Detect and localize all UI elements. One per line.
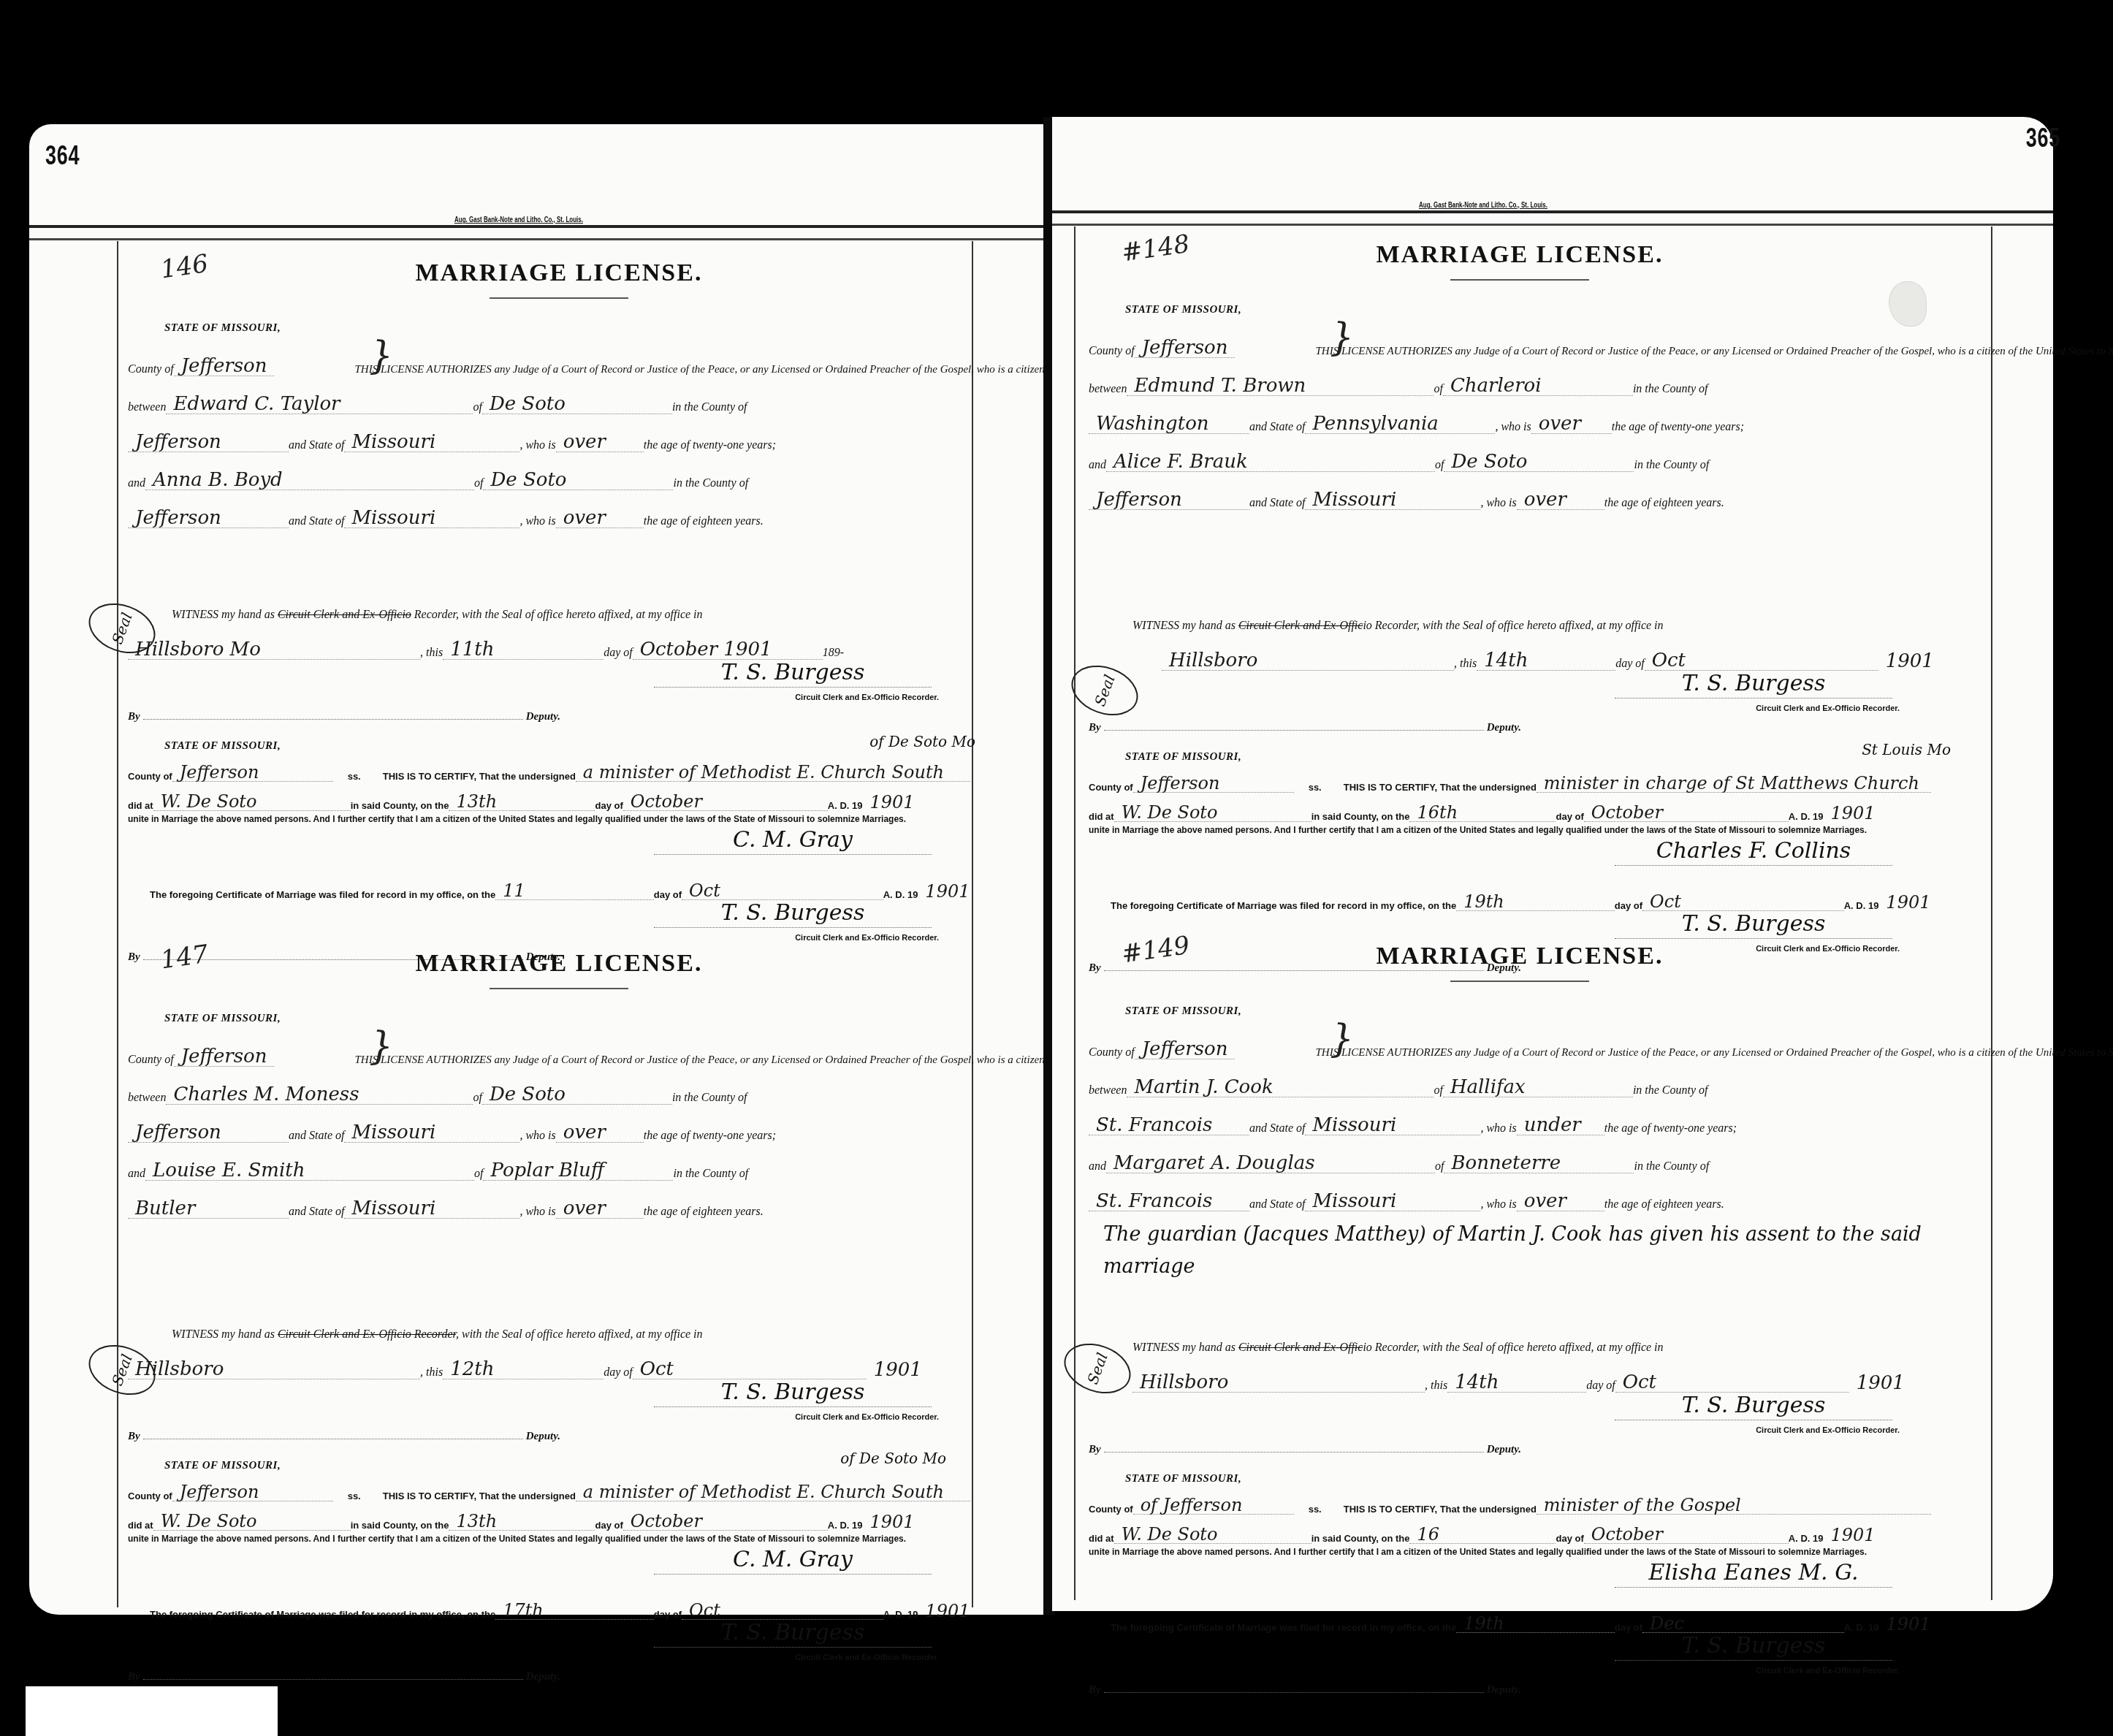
witness-month: Oct bbox=[633, 1360, 867, 1379]
groom-residence: Hallifax bbox=[1443, 1078, 1633, 1097]
county-of-label: in the County of bbox=[673, 1168, 748, 1181]
signature-caption: Circuit Clerk and Ex-Officio Recorder. bbox=[795, 693, 939, 702]
this-label: , this bbox=[1454, 658, 1477, 671]
state-label: STATE OF MISSOURI, bbox=[164, 1013, 281, 1025]
filing-year: 1901 bbox=[1878, 1615, 1951, 1633]
bride-name: Margaret A. Douglas bbox=[1106, 1154, 1435, 1173]
bride-state: Missouri bbox=[1305, 1192, 1480, 1211]
this-label: , this bbox=[1425, 1379, 1447, 1393]
marriage-license-146: 146 MARRIAGE LICENSE. STATE OF MISSOURI,… bbox=[128, 252, 990, 981]
license-title: MARRIAGE LICENSE. bbox=[1089, 935, 1951, 970]
bride-state: Missouri bbox=[1305, 490, 1480, 510]
between-label: between bbox=[128, 1092, 166, 1105]
ceremony-place: W. De Soto bbox=[153, 1512, 351, 1531]
groom-name: Charles M. Moness bbox=[166, 1085, 473, 1105]
groom-age-status: under bbox=[1517, 1116, 1604, 1135]
title-rule bbox=[1450, 981, 1589, 982]
ceremony-month: October bbox=[1584, 1526, 1789, 1544]
county-of-label: in the County of bbox=[673, 477, 748, 490]
state-label: STATE OF MISSOURI, bbox=[1125, 304, 1241, 316]
age-text: the age of twenty-one years; bbox=[644, 1130, 776, 1143]
witness-day: 12th bbox=[443, 1360, 604, 1379]
of-label: of bbox=[474, 1168, 483, 1181]
state-label: STATE OF MISSOURI, bbox=[164, 740, 990, 753]
ad-label: A. D. 19 bbox=[828, 1520, 863, 1531]
county-value: Jefferson bbox=[1135, 338, 1236, 358]
groom-age-status: over bbox=[556, 1123, 644, 1143]
bride-state: Missouri bbox=[344, 509, 519, 528]
left-page: 364 Aug. Gast Bank-Note and Litho. Co., … bbox=[29, 124, 1045, 1615]
state-of-label: and State of bbox=[289, 1206, 344, 1219]
clerk-signature: T. S. Burgess bbox=[1615, 671, 1892, 698]
age-text: the age of eighteen years. bbox=[1604, 1198, 1724, 1211]
did-at-label: did at bbox=[1089, 1533, 1114, 1544]
state-label: STATE OF MISSOURI, bbox=[1125, 751, 1951, 764]
filing-month: Dec bbox=[1642, 1615, 1844, 1633]
ceremony-day: 16 bbox=[1409, 1526, 1556, 1544]
witness-year: 1901 bbox=[1849, 1374, 1912, 1393]
witness-place: Hillsboro bbox=[128, 1360, 420, 1379]
groom-residence: Charleroi bbox=[1443, 376, 1633, 396]
age-text: the age of twenty-one years; bbox=[1604, 1122, 1737, 1135]
county-label: County of bbox=[1089, 345, 1135, 358]
certify-text: THIS IS TO CERTIFY, That the undersigned bbox=[383, 1491, 576, 1501]
age-text: the age of eighteen years. bbox=[644, 1206, 764, 1219]
day-of-label: day of bbox=[654, 1609, 682, 1620]
ad-label: A. D. 19 bbox=[883, 1609, 918, 1620]
witness-text: WITNESS my hand as Circuit Clerk and Ex-… bbox=[1132, 1341, 1951, 1355]
certify-text: THIS IS TO CERTIFY, That the undersigned bbox=[1344, 1504, 1537, 1515]
marriage-certificate: STATE OF MISSOURI, County of of Jefferso… bbox=[1089, 1473, 1951, 1713]
county-of-label: in the County of bbox=[1633, 383, 1708, 396]
state-label: STATE OF MISSOURI, bbox=[1125, 1005, 1241, 1018]
county-value: Jefferson bbox=[172, 764, 333, 782]
marriage-license-147: 147 MARRIAGE LICENSE. STATE OF MISSOURI,… bbox=[128, 943, 990, 1700]
ad-label: A. D. 19 bbox=[1789, 811, 1824, 822]
filing-year: 1901 bbox=[918, 883, 990, 900]
county-label: County of bbox=[1089, 1046, 1135, 1059]
and-label: and bbox=[128, 477, 145, 490]
filing-day: 19th bbox=[1456, 1615, 1615, 1633]
ss-label: ss. bbox=[348, 1491, 361, 1501]
between-label: between bbox=[1089, 1084, 1127, 1097]
officiant-location: of De Soto Mo bbox=[869, 733, 975, 750]
groom-name: Edmund T. Brown bbox=[1127, 376, 1434, 396]
deputy-line: ByDeputy. bbox=[128, 711, 990, 740]
marriage-certificate: of De Soto Mo STATE OF MISSOURI, County … bbox=[128, 1460, 990, 1700]
printer-credit: Aug. Gast Bank-Note and Litho. Co., St. … bbox=[1419, 202, 1547, 210]
county-of-label: in the County of bbox=[672, 1092, 747, 1105]
ceremony-month: October bbox=[1584, 804, 1789, 822]
day-of-label: day of bbox=[1556, 1533, 1583, 1544]
state-of-label: and State of bbox=[1249, 1122, 1305, 1135]
filing-month: Oct bbox=[1642, 893, 1844, 911]
page-number: 365 bbox=[2026, 123, 2060, 153]
county-label: County of bbox=[128, 771, 172, 782]
who-is-label: , who is bbox=[1480, 1198, 1516, 1211]
filing-month: Oct bbox=[682, 882, 883, 900]
bride-residence: De Soto bbox=[1444, 452, 1634, 472]
state-of-label: and State of bbox=[1249, 497, 1305, 510]
witness-year: 1901 bbox=[867, 1360, 929, 1379]
signature-caption: Circuit Clerk and Ex-Officio Recorder. bbox=[1756, 704, 1900, 713]
and-label: and bbox=[128, 1168, 145, 1181]
county-label: County of bbox=[128, 1054, 174, 1067]
filing-text: The foregoing Certificate of Marriage wa… bbox=[1111, 1622, 1456, 1633]
day-of-label: day of bbox=[1615, 1622, 1642, 1633]
ss-label: ss. bbox=[1309, 782, 1322, 793]
age-text: the age of twenty-one years; bbox=[1612, 421, 1744, 434]
county-value: Jefferson bbox=[1133, 774, 1294, 793]
signature-caption: Circuit Clerk and Ex-Officio Recorder. bbox=[1756, 1667, 1900, 1675]
county-of-label: in the County of bbox=[1634, 459, 1709, 472]
who-is-label: , who is bbox=[519, 1130, 555, 1143]
clerk-signature: T. S. Burgess bbox=[654, 900, 932, 928]
officiant-signature: Charles F. Collins bbox=[1615, 838, 1892, 866]
groom-county: Washington bbox=[1089, 414, 1249, 434]
ceremony-place: W. De Soto bbox=[153, 793, 351, 811]
county-of-label: in the County of bbox=[1634, 1160, 1709, 1173]
groom-name: Martin J. Cook bbox=[1127, 1078, 1434, 1097]
license-title: MARRIAGE LICENSE. bbox=[1089, 234, 1951, 269]
ceremony-year: 1901 bbox=[1823, 804, 1896, 822]
marriage-license-149: #149 MARRIAGE LICENSE. STATE OF MISSOURI… bbox=[1089, 935, 1951, 1713]
filing-year: 1901 bbox=[1878, 894, 1951, 911]
day-of-label: day of bbox=[604, 647, 633, 660]
witness-month: Oct bbox=[1615, 1373, 1849, 1393]
ceremony-month: October bbox=[623, 793, 828, 811]
county-value: Jefferson bbox=[1135, 1040, 1236, 1059]
day-of-label: day of bbox=[1615, 900, 1642, 911]
of-label: of bbox=[1435, 1160, 1444, 1173]
county-of-label: in the County of bbox=[672, 401, 747, 414]
bride-residence: Poplar Bluff bbox=[483, 1161, 673, 1181]
unite-text: unite in Marriage the above named person… bbox=[128, 812, 990, 826]
witness-day: 14th bbox=[1447, 1373, 1586, 1393]
did-at-label: did at bbox=[128, 800, 153, 811]
bride-county: St. Francois bbox=[1089, 1192, 1249, 1211]
and-label: and bbox=[1089, 459, 1106, 472]
in-said-county-label: in said County, on the bbox=[1311, 1533, 1410, 1544]
and-label: and bbox=[1089, 1160, 1106, 1173]
groom-county: Jefferson bbox=[128, 433, 289, 452]
groom-state: Missouri bbox=[1305, 1116, 1480, 1135]
officiant-location: of De Soto Mo bbox=[840, 1450, 946, 1467]
day-of-label: day of bbox=[1586, 1379, 1615, 1393]
groom-state: Missouri bbox=[344, 1123, 519, 1143]
brace: } bbox=[369, 337, 393, 375]
ss-label: ss. bbox=[1309, 1504, 1322, 1515]
who-is-label: , who is bbox=[519, 439, 555, 452]
license-title: MARRIAGE LICENSE. bbox=[128, 252, 990, 287]
officiant-title: minister in charge of St Matthews Church bbox=[1537, 774, 1931, 793]
page-number: 364 bbox=[45, 140, 80, 171]
day-of-label: day of bbox=[1615, 658, 1645, 671]
unite-text: unite in Marriage the above named person… bbox=[128, 1532, 990, 1545]
bride-residence: De Soto bbox=[483, 471, 673, 490]
officiant-signature: C. M. Gray bbox=[654, 827, 932, 855]
day-of-label: day of bbox=[1556, 811, 1583, 822]
county-value: of Jefferson bbox=[1133, 1496, 1294, 1515]
filing-month: Oct bbox=[682, 1602, 883, 1620]
county-label: County of bbox=[128, 363, 174, 376]
ceremony-place: W. De Soto bbox=[1114, 804, 1311, 822]
witness-place: Hillsboro bbox=[1132, 1373, 1425, 1393]
ad-label: A. D. 19 bbox=[828, 800, 863, 811]
deputy-line: ByDeputy. bbox=[1089, 1684, 1951, 1713]
day-of-label: day of bbox=[595, 1520, 623, 1531]
of-label: of bbox=[473, 401, 481, 414]
authorizes-text: THIS LICENSE AUTHORIZES any Judge of a C… bbox=[1315, 346, 2113, 358]
witness-day: 14th bbox=[1477, 651, 1615, 671]
bride-age-status: over bbox=[556, 509, 644, 528]
ad-label: A. D. 19 bbox=[883, 889, 918, 900]
license-title: MARRIAGE LICENSE. bbox=[128, 943, 990, 978]
title-rule bbox=[490, 297, 628, 299]
groom-county: Jefferson bbox=[128, 1123, 289, 1143]
of-label: of bbox=[1434, 1084, 1442, 1097]
ad-label: A. D. 19 bbox=[1789, 1533, 1824, 1544]
unite-text: unite in Marriage the above named person… bbox=[1089, 823, 1951, 837]
county-value: Jefferson bbox=[174, 357, 275, 376]
in-said-county-label: in said County, on the bbox=[351, 1520, 449, 1531]
bride-name: Alice F. Brauk bbox=[1106, 452, 1435, 472]
groom-state: Pennsylvania bbox=[1305, 414, 1495, 434]
margin-line bbox=[117, 241, 118, 1607]
bride-age-status: over bbox=[556, 1199, 644, 1219]
who-is-label: , who is bbox=[1480, 1122, 1516, 1135]
groom-age-status: over bbox=[1531, 414, 1612, 434]
officiant-location: St Louis Mo bbox=[1862, 741, 1951, 758]
ss-label: ss. bbox=[348, 771, 361, 782]
deputy-line: ByDeputy. bbox=[1089, 1444, 1951, 1473]
bride-name: Anna B. Boyd bbox=[145, 471, 474, 490]
witness-month: Oct bbox=[1645, 651, 1878, 671]
between-label: between bbox=[128, 401, 166, 414]
right-page: 365 Aug. Gast Bank-Note and Litho. Co., … bbox=[1052, 117, 2053, 1611]
bride-age-status: over bbox=[1517, 1192, 1604, 1211]
certify-text: THIS IS TO CERTIFY, That the undersigned bbox=[1344, 782, 1537, 793]
between-label: between bbox=[1089, 383, 1127, 396]
witness-day: 11th bbox=[443, 640, 604, 660]
printer-credit: Aug. Gast Bank-Note and Litho. Co., St. … bbox=[454, 216, 583, 224]
witness-text: WITNESS my hand as Circuit Clerk and Ex-… bbox=[172, 1328, 990, 1341]
clerk-signature: T. S. Burgess bbox=[654, 660, 932, 688]
title-rule bbox=[490, 988, 628, 989]
who-is-label: , who is bbox=[519, 515, 555, 528]
witness-place: Hillsboro Mo bbox=[128, 640, 420, 660]
who-is-label: , who is bbox=[1480, 497, 1516, 510]
printer-rule bbox=[1052, 210, 2053, 226]
did-at-label: did at bbox=[1089, 811, 1114, 822]
clerk-signature: T. S. Burgess bbox=[1615, 1633, 1892, 1661]
state-of-label: and State of bbox=[289, 439, 344, 452]
witness-year: 1901 bbox=[1878, 652, 1941, 671]
of-label: of bbox=[473, 1092, 481, 1105]
in-said-county-label: in said County, on the bbox=[351, 800, 449, 811]
guardian-consent-note: The guardian (Jacques Matthey) of Martin… bbox=[1103, 1219, 1951, 1283]
ceremony-day: 13th bbox=[449, 793, 595, 811]
county-label: County of bbox=[1089, 782, 1133, 793]
witness-text: WITNESS my hand as Circuit Clerk and Ex-… bbox=[1132, 620, 1951, 633]
bride-state: Missouri bbox=[344, 1199, 519, 1219]
bride-name: Louise E. Smith bbox=[145, 1161, 474, 1181]
filing-year: 1901 bbox=[918, 1602, 990, 1620]
day-of-label: day of bbox=[604, 1366, 633, 1379]
deputy-line: ByDeputy. bbox=[1089, 722, 1951, 751]
clerk-signature: T. S. Burgess bbox=[654, 1379, 932, 1407]
signature-caption: Circuit Clerk and Ex-Officio Recorder. bbox=[795, 934, 939, 943]
state-label: STATE OF MISSOURI, bbox=[164, 322, 281, 335]
printer-rule bbox=[29, 225, 1045, 240]
ad-label: A. D. 19 bbox=[1844, 900, 1879, 911]
witness-month: October 1901 bbox=[633, 640, 823, 660]
certify-text: THIS IS TO CERTIFY, That the undersigned bbox=[383, 771, 576, 782]
bride-county: Jefferson bbox=[128, 509, 289, 528]
clerk-signature: T. S. Burgess bbox=[654, 1620, 932, 1648]
filing-day: 17th bbox=[495, 1602, 654, 1620]
county-label: County of bbox=[1089, 1504, 1133, 1515]
of-label: of bbox=[1434, 383, 1442, 396]
groom-county: St. Francois bbox=[1089, 1116, 1249, 1135]
filing-day: 11 bbox=[495, 882, 654, 900]
witness-place: Hillsboro bbox=[1162, 651, 1454, 671]
ceremony-year: 1901 bbox=[862, 1513, 935, 1531]
county-value: Jefferson bbox=[172, 1483, 333, 1501]
brace: } bbox=[1330, 319, 1354, 357]
clerk-signature: T. S. Burgess bbox=[1615, 1393, 1892, 1420]
bride-county: Jefferson bbox=[1089, 490, 1249, 510]
brace: } bbox=[369, 1027, 393, 1065]
did-at-label: did at bbox=[128, 1520, 153, 1531]
officiant-title: a minister of Methodist E. Church South bbox=[576, 764, 970, 782]
ceremony-day: 13th bbox=[449, 1512, 595, 1531]
witness-year: 189- bbox=[823, 647, 844, 660]
age-text: the age of twenty-one years; bbox=[644, 439, 776, 452]
of-label: of bbox=[474, 477, 483, 490]
marriage-license-148: #148 MARRIAGE LICENSE. STATE OF MISSOURI… bbox=[1089, 234, 1951, 991]
groom-residence: De Soto bbox=[482, 395, 672, 414]
who-is-label: , who is bbox=[1495, 421, 1531, 434]
of-label: of bbox=[1435, 459, 1444, 472]
in-said-county-label: in said County, on the bbox=[1311, 811, 1410, 822]
bride-age-status: over bbox=[1517, 490, 1604, 510]
who-is-label: , who is bbox=[519, 1206, 555, 1219]
filing-day: 19th bbox=[1456, 893, 1615, 911]
groom-residence: De Soto bbox=[482, 1085, 672, 1105]
scan-calibration-tab bbox=[26, 1686, 278, 1736]
county-value: Jefferson bbox=[174, 1047, 275, 1067]
officiant-title: a minister of Methodist E. Church South bbox=[576, 1483, 970, 1501]
margin-line bbox=[1991, 226, 1992, 1600]
county-of-label: in the County of bbox=[1633, 1084, 1708, 1097]
state-of-label: and State of bbox=[1249, 1198, 1305, 1211]
officiant-signature: Elisha Eanes M. G. bbox=[1615, 1560, 1892, 1588]
filing-text: The foregoing Certificate of Marriage wa… bbox=[150, 1609, 495, 1620]
state-of-label: and State of bbox=[289, 515, 344, 528]
margin-line bbox=[1074, 226, 1075, 1600]
age-text: the age of eighteen years. bbox=[644, 515, 764, 528]
this-label: , this bbox=[420, 647, 443, 660]
this-label: , this bbox=[420, 1366, 443, 1379]
officiant-signature: C. M. Gray bbox=[654, 1547, 932, 1575]
groom-name: Edward C. Taylor bbox=[166, 395, 473, 414]
county-label: County of bbox=[128, 1491, 172, 1501]
ceremony-day: 16th bbox=[1409, 804, 1556, 822]
bride-residence: Bonneterre bbox=[1444, 1154, 1634, 1173]
filing-text: The foregoing Certificate of Marriage wa… bbox=[1111, 900, 1456, 911]
ceremony-year: 1901 bbox=[1823, 1526, 1896, 1544]
age-text: the age of eighteen years. bbox=[1604, 497, 1724, 510]
bride-county: Butler bbox=[128, 1199, 289, 1219]
state-of-label: and State of bbox=[1249, 421, 1305, 434]
officiant-title: minister of the Gospel bbox=[1537, 1496, 1931, 1515]
signature-caption: Circuit Clerk and Ex-Officio Recorder. bbox=[795, 1653, 939, 1662]
authorizes-text: THIS LICENSE AUTHORIZES any Judge of a C… bbox=[1315, 1047, 2113, 1059]
groom-state: Missouri bbox=[344, 433, 519, 452]
day-of-label: day of bbox=[595, 800, 623, 811]
ad-label: A. D. 19 bbox=[1844, 1622, 1879, 1633]
ceremony-month: October bbox=[623, 1512, 828, 1531]
title-rule bbox=[1450, 279, 1589, 281]
signature-caption: Circuit Clerk and Ex-Officio Recorder. bbox=[795, 1413, 939, 1422]
state-label: STATE OF MISSOURI, bbox=[1125, 1473, 1951, 1485]
filing-text: The foregoing Certificate of Marriage wa… bbox=[150, 889, 495, 900]
groom-age-status: over bbox=[556, 433, 644, 452]
state-of-label: and State of bbox=[289, 1130, 344, 1143]
brace: } bbox=[1330, 1020, 1354, 1058]
ceremony-year: 1901 bbox=[862, 793, 935, 811]
signature-caption: Circuit Clerk and Ex-Officio Recorder. bbox=[1756, 1426, 1900, 1435]
unite-text: unite in Marriage the above named person… bbox=[1089, 1545, 1951, 1558]
day-of-label: day of bbox=[654, 889, 682, 900]
witness-text: WITNESS my hand as Circuit Clerk and Ex-… bbox=[172, 609, 990, 622]
ceremony-place: W. De Soto bbox=[1114, 1526, 1311, 1544]
